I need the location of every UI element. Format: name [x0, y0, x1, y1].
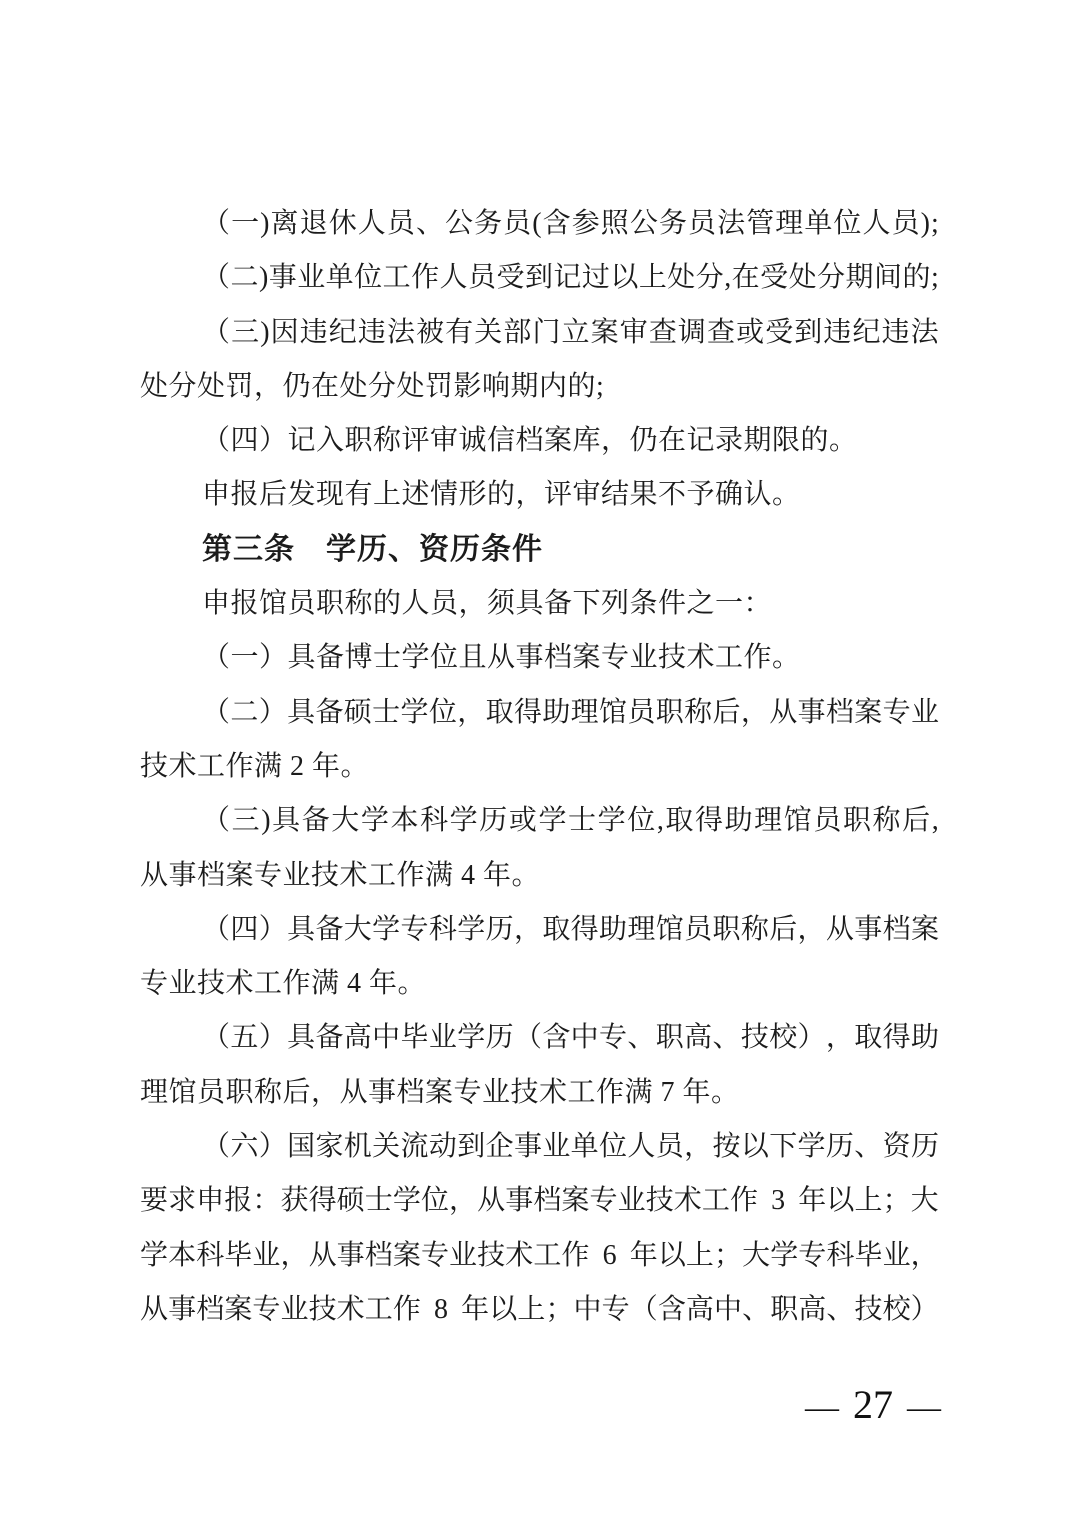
text-line: 从事档案专业技术工作8年以上；中专（含高中、职高、技校）	[140, 1283, 939, 1337]
text-line: （一)离退休人员、公务员(含参照公务员法管理单位人员);	[140, 197, 939, 251]
text-line: 从事档案专业技术工作满 4 年。	[140, 849, 939, 903]
text-line: （三)因违纪违法被有关部门立案审查调查或受到违纪违法	[140, 306, 939, 360]
text-line: （四）记入职称评审诚信档案库，仍在记录期限的。	[140, 414, 939, 468]
text-line: （三)具备大学本科学历或学士学位,取得助理馆员职称后,	[140, 794, 939, 848]
text-line: （五）具备高中毕业学历（含中专、职高、技校），取得助	[140, 1011, 939, 1065]
text-line: 要求申报：获得硕士学位，从事档案专业技术工作3年以上；大	[140, 1174, 939, 1228]
text-line: （六）国家机关流动到企事业单位人员，按以下学历、资历	[140, 1120, 939, 1174]
section-heading: 第三条 学历、资历条件	[140, 523, 939, 577]
text-line: （四）具备大学专科学历，取得助理馆员职称后，从事档案	[140, 903, 939, 957]
page-number: 27	[853, 1381, 893, 1428]
page-footer: — 27 —	[805, 1381, 941, 1431]
footer-dash-right: —	[907, 1384, 941, 1431]
document-body: （一)离退休人员、公务员(含参照公务员法管理单位人员);（二)事业单位工作人员受…	[140, 197, 939, 1337]
text-line: 技术工作满 2 年。	[140, 740, 939, 794]
text-line: 学本科毕业，从事档案专业技术工作6年以上；大学专科毕业，	[140, 1229, 939, 1283]
text-line: 理馆员职称后，从事档案专业技术工作满 7 年。	[140, 1066, 939, 1120]
text-line: （二)事业单位工作人员受到记过以上处分,在受处分期间的;	[140, 251, 939, 305]
text-line: 处分处罚，仍在处分处罚影响期内的;	[140, 360, 939, 414]
text-line: 专业技术工作满 4 年。	[140, 957, 939, 1011]
document-page: （一)离退休人员、公务员(含参照公务员法管理单位人员);（二)事业单位工作人员受…	[0, 0, 1074, 1520]
text-line: 申报后发现有上述情形的，评审结果不予确认。	[140, 468, 939, 522]
footer-dash-left: —	[805, 1384, 839, 1431]
text-line: （二）具备硕士学位，取得助理馆员职称后，从事档案专业	[140, 686, 939, 740]
text-line: （一）具备博士学位且从事档案专业技术工作。	[140, 631, 939, 685]
text-line: 申报馆员职称的人员，须具备下列条件之一：	[140, 577, 939, 631]
